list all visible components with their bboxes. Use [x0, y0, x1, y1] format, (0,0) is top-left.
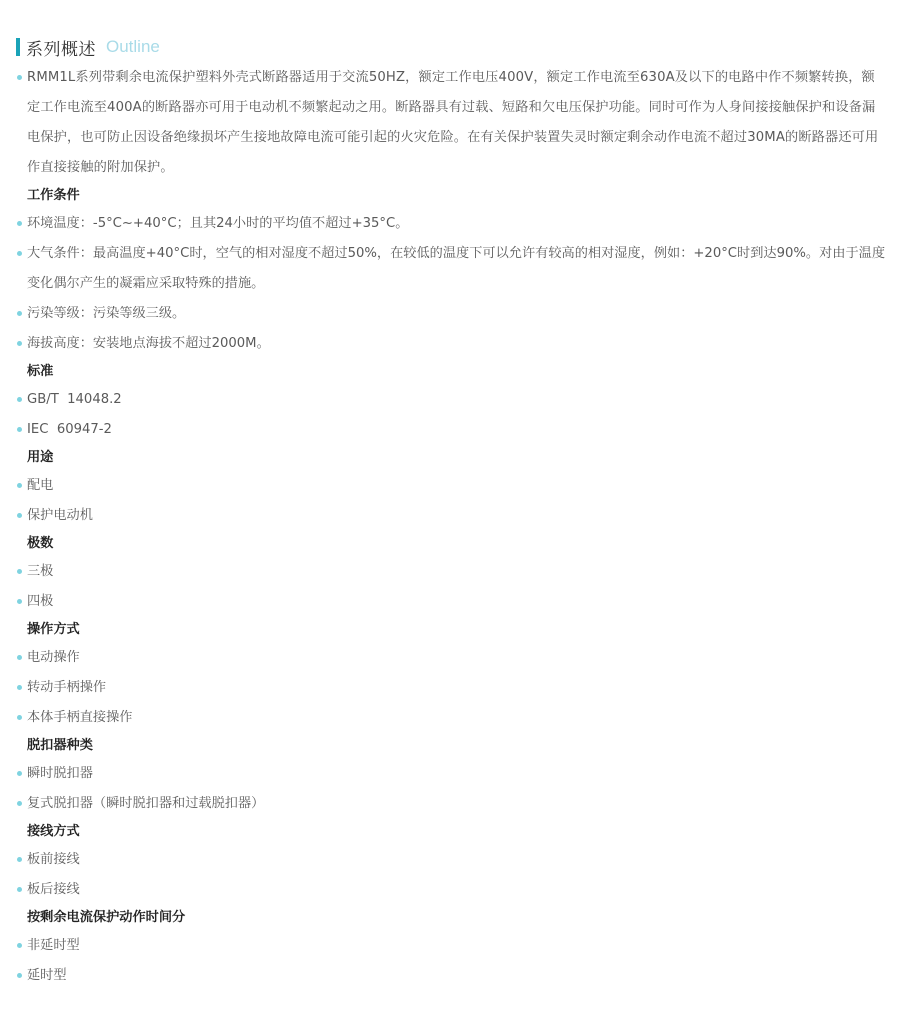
list-item: 三极 — [0, 557, 900, 587]
bullet-icon — [17, 341, 22, 346]
bullet-icon — [17, 75, 22, 80]
bullet-icon — [17, 483, 22, 488]
list-item: 配电 — [0, 471, 900, 501]
heading-usage: 用途 — [0, 445, 900, 471]
list-item: 非延时型 — [0, 931, 900, 961]
list-item: IEC 60947-2 — [0, 415, 900, 445]
bullet-icon — [17, 397, 22, 402]
bullet-icon — [17, 569, 22, 574]
heading-release-type: 脱扣器种类 — [0, 733, 900, 759]
bullet-icon — [17, 887, 22, 892]
title-chinese: 系列概述 — [26, 35, 96, 60]
intro-paragraph: RMM1L系列带剩余电流保护塑料外壳式断路器适用于交流50HZ，额定工作电压40… — [0, 63, 900, 183]
bullet-icon — [17, 857, 22, 862]
bullet-icon — [17, 973, 22, 978]
list-item: 转动手柄操作 — [0, 673, 900, 703]
bullet-icon — [17, 655, 22, 660]
list-item: 大气条件：最高温度+40°C时，空气的相对湿度不超过50%，在较低的温度下可以允… — [0, 239, 900, 299]
heading-poles: 极数 — [0, 531, 900, 557]
list-item: 污染等级：污染等级三级。 — [0, 299, 900, 329]
bullet-icon — [17, 311, 22, 316]
list-item: 延时型 — [0, 961, 900, 991]
heading-residual-current-timing: 按剩余电流保护动作时间分 — [0, 905, 900, 931]
list-item: 保护电动机 — [0, 501, 900, 531]
list-item: 瞬时脱扣器 — [0, 759, 900, 789]
section-title: 系列概述 Outline — [16, 37, 160, 57]
bullet-icon — [17, 685, 22, 690]
list-item: 环境温度：-5°C~+40°C；且其24小时的平均值不超过+35°C。 — [0, 209, 900, 239]
list-item: GB/T 14048.2 — [0, 385, 900, 415]
bullet-icon — [17, 251, 22, 256]
bullet-icon — [17, 221, 22, 226]
bullet-icon — [17, 715, 22, 720]
bullet-icon — [17, 599, 22, 604]
bullet-icon — [17, 943, 22, 948]
list-item: 复式脱扣器（瞬时脱扣器和过载脱扣器） — [0, 789, 900, 819]
heading-standards: 标准 — [0, 359, 900, 385]
list-item: 四极 — [0, 587, 900, 617]
list-item: 本体手柄直接操作 — [0, 703, 900, 733]
bullet-icon — [17, 513, 22, 518]
list-item: 海拔高度：安装地点海拔不超过2000M。 — [0, 329, 900, 359]
list-item: 板后接线 — [0, 875, 900, 905]
title-accent-bar — [16, 38, 20, 56]
list-item: 电动操作 — [0, 643, 900, 673]
title-english: Outline — [106, 37, 160, 57]
bullet-icon — [17, 771, 22, 776]
heading-working-conditions: 工作条件 — [0, 183, 900, 209]
outline-content: RMM1L系列带剩余电流保护塑料外壳式断路器适用于交流50HZ，额定工作电压40… — [0, 63, 900, 991]
bullet-icon — [17, 801, 22, 806]
intro-text: RMM1L系列带剩余电流保护塑料外壳式断路器适用于交流50HZ，额定工作电压40… — [27, 70, 878, 175]
list-item: 板前接线 — [0, 845, 900, 875]
heading-operation-mode: 操作方式 — [0, 617, 900, 643]
heading-wiring-mode: 接线方式 — [0, 819, 900, 845]
bullet-icon — [17, 427, 22, 432]
